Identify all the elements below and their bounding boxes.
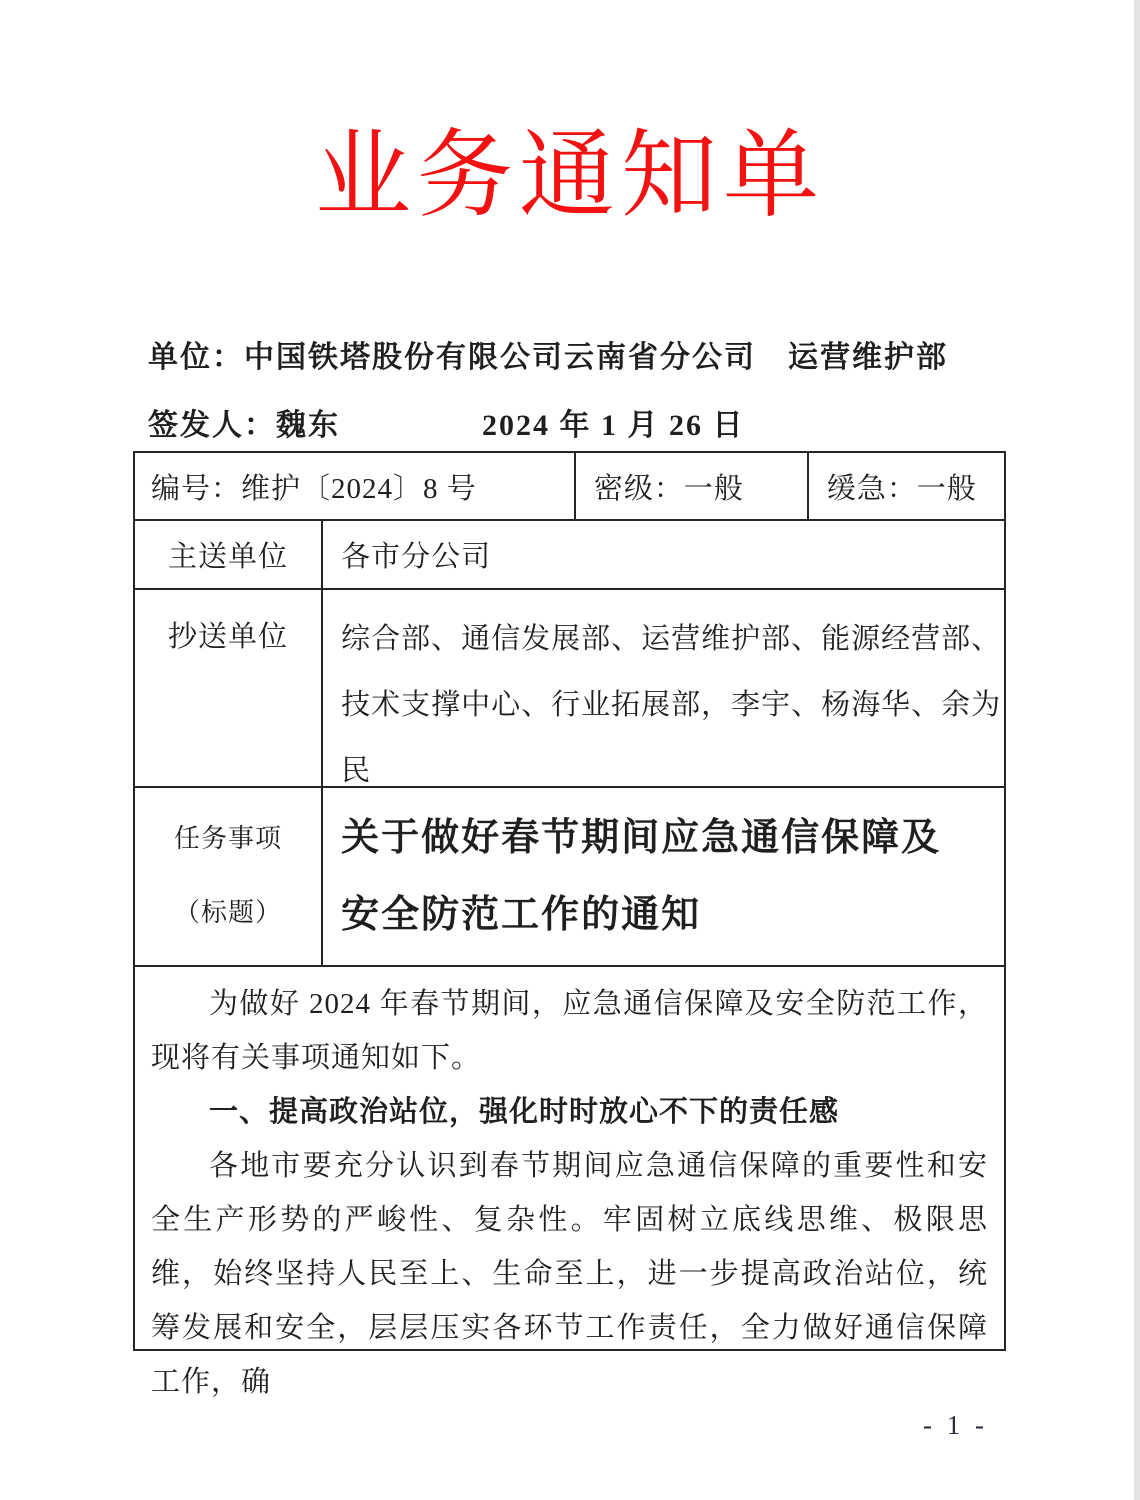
cc-line-3: 民 xyxy=(341,738,990,786)
notice-body-cell: 为做好 2024 年春节期间，应急通信保障及安全防范工作，现将有关事项通知如下。… xyxy=(135,967,1004,1409)
table-row-body: 为做好 2024 年春节期间，应急通信保障及安全防范工作，现将有关事项通知如下。… xyxy=(135,965,1004,1349)
table-row-cc: 抄送单位 综合部、通信发展部、运营维护部、能源经营部、 技术支撑中心、行业拓展部… xyxy=(135,588,1004,786)
cc-line-1: 综合部、通信发展部、运营维护部、能源经营部、 xyxy=(341,606,990,672)
body-paragraph-1: 为做好 2024 年春节期间，应急通信保障及安全防范工作，现将有关事项通知如下。 xyxy=(151,977,988,1085)
urgency-text: 缓急：一般 xyxy=(827,466,977,507)
security-level-text: 密级：一般 xyxy=(594,466,744,507)
signer-line: 签发人：魏东 xyxy=(148,400,340,444)
main-send-label: 主送单位 xyxy=(168,534,288,575)
document-title: 业务通知单 xyxy=(0,118,1140,233)
table-row-main-send: 主送单位 各市分公司 xyxy=(135,519,1004,588)
body-paragraph-2-heading: 一、提高政治站位，强化时时放心不下的责任感 xyxy=(151,1085,988,1139)
body-paragraph-3: 各地市要充分认识到春节期间应急通信保障的重要性和安全生产形势的严峻性、复杂性。牢… xyxy=(151,1139,988,1409)
main-send-value: 各市分公司 xyxy=(341,534,491,575)
notice-info-table: 编号：维护〔2024〕8 号 密级：一般 缓急：一般 主送单位 各市分公司 抄送… xyxy=(133,451,1006,1351)
task-title-line-2: 安全防范工作的通知 xyxy=(341,877,990,954)
table-row-meta: 编号：维护〔2024〕8 号 密级：一般 缓急：一般 xyxy=(135,453,1004,519)
security-level-cell: 密级：一般 xyxy=(574,453,807,519)
main-send-label-cell: 主送单位 xyxy=(135,521,321,588)
doc-number-text: 编号：维护〔2024〕8 号 xyxy=(151,466,477,507)
task-title-cell: 关于做好春节期间应急通信保障及 安全防范工作的通知 xyxy=(321,788,1004,965)
doc-number-cell: 编号：维护〔2024〕8 号 xyxy=(135,453,574,519)
cc-label-cell: 抄送单位 xyxy=(135,590,321,786)
cc-value-cell: 综合部、通信发展部、运营维护部、能源经营部、 技术支撑中心、行业拓展部，李宇、杨… xyxy=(321,590,1004,786)
cc-label: 抄送单位 xyxy=(168,621,288,653)
task-label-line-2: （标题） xyxy=(135,876,321,950)
page-number: - 1 - xyxy=(923,1410,988,1441)
unit-line: 单位：中国铁塔股份有限公司云南省分公司 运营维护部 xyxy=(148,332,948,376)
urgency-cell: 缓急：一般 xyxy=(807,453,1004,519)
notice-document-page: 业务通知单 单位：中国铁塔股份有限公司云南省分公司 运营维护部 签发人：魏东 2… xyxy=(0,0,1140,1500)
task-title-line-1: 关于做好春节期间应急通信保障及 xyxy=(341,800,990,877)
task-label-line-1: 任务事项 xyxy=(135,802,321,876)
cc-line-2: 技术支撑中心、行业拓展部，李宇、杨海华、余为 xyxy=(341,672,990,738)
table-row-task-title: 任务事项 （标题） 关于做好春节期间应急通信保障及 安全防范工作的通知 xyxy=(135,786,1004,965)
issue-date: 2024 年 1 月 26 日 xyxy=(482,400,745,444)
main-send-value-cell: 各市分公司 xyxy=(321,521,1004,588)
task-label-cell: 任务事项 （标题） xyxy=(135,788,321,965)
